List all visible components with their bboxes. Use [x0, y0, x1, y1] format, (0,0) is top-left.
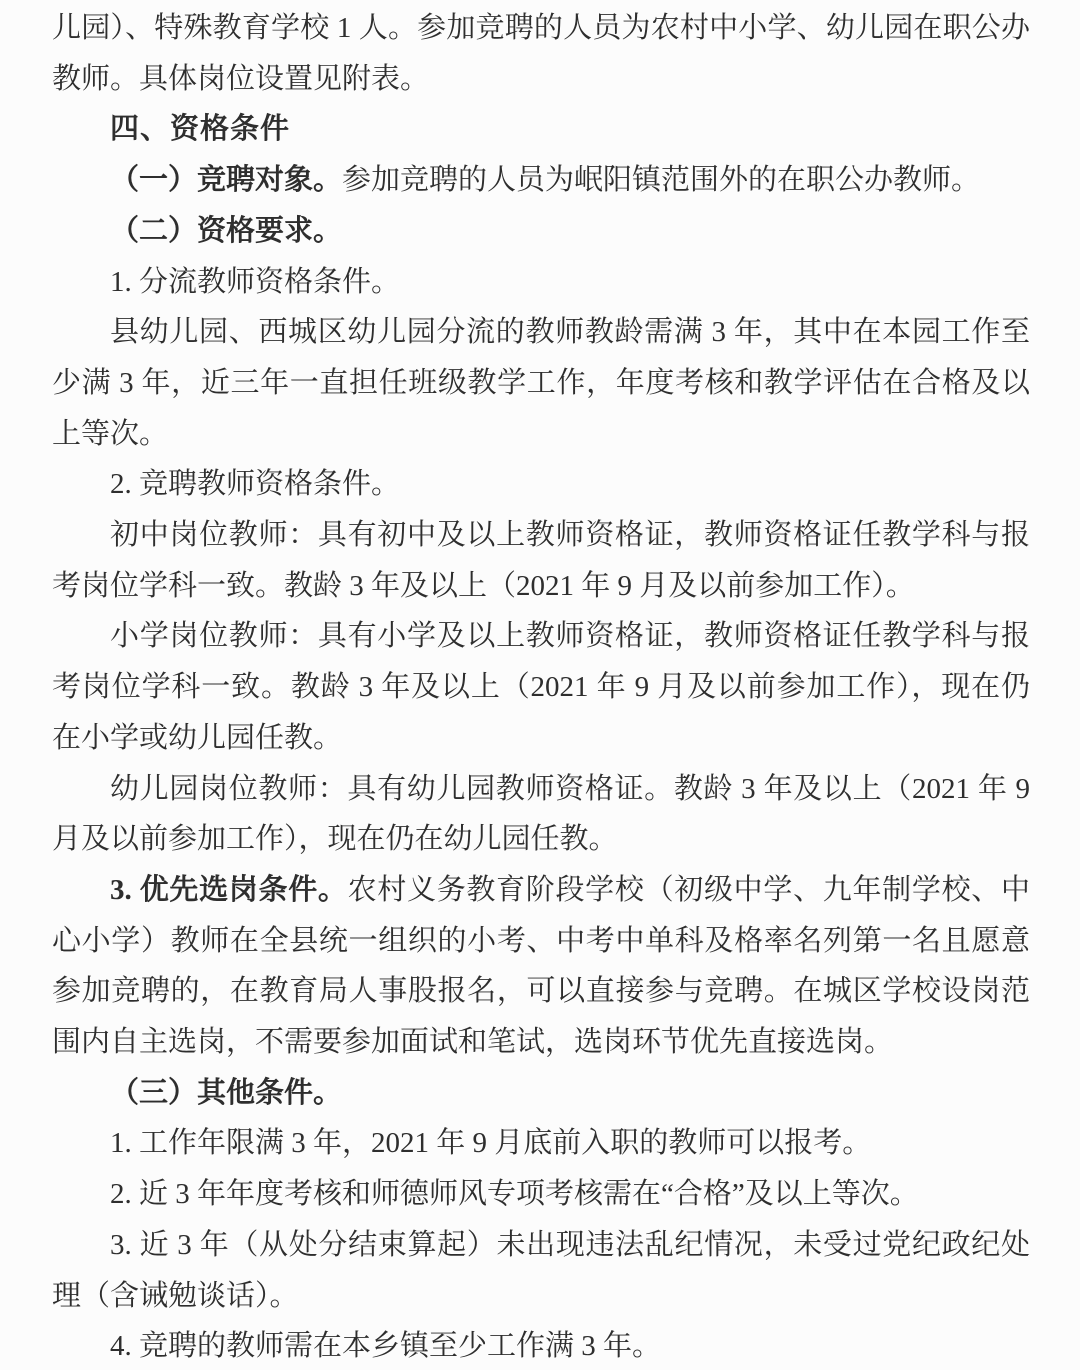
paragraph-text: 县幼儿园、西城区幼儿园分流的教师教龄需满 3 年，其中在本园工作至少满 3 年，…: [52, 316, 1030, 449]
paragraph-sub-2: 2. 竞聘教师资格条件。: [52, 459, 1030, 510]
paragraph-item-1: （一）竞聘对象。参加竞聘的人员为岷阳镇范围外的在职公办教师。: [52, 155, 1030, 206]
paragraph-text: 初中岗位教师：具有初中及以上教师资格证，教师资格证任教学科与报考岗位学科一致。教…: [52, 519, 1030, 602]
paragraph-text: 4. 竞聘的教师需在本乡镇至少工作满 3 年。: [110, 1330, 661, 1362]
section-heading-text: 四、资格条件: [110, 113, 290, 145]
paragraph-text: 参加竞聘的人员为岷阳镇范围外的在职公办教师。: [342, 164, 980, 196]
document-page: 儿园）、特殊教育学校 1 人。参加竞聘的人员为农村中小学、幼儿园在职公办教师。具…: [0, 0, 1080, 1370]
paragraph-other-3: 3. 近 3 年（从处分结束算起）未出现违法乱纪情况，未受过党纪政纪处理（含诫勉…: [52, 1220, 1030, 1321]
paragraph-lead: 3. 优先选岗条件。: [110, 874, 348, 906]
paragraph-text: 小学岗位教师：具有小学及以上教师资格证，教师资格证任教学科与报考岗位学科一致。教…: [52, 620, 1030, 753]
paragraph-sub-3: 3. 优先选岗条件。农村义务教育阶段学校（初级中学、九年制学校、中心小学）教师在…: [52, 865, 1030, 1068]
paragraph-lead: （三）其他条件。: [110, 1077, 342, 1109]
paragraph-sub-1: 1. 分流教师资格条件。: [52, 257, 1030, 308]
paragraph-text: 1. 分流教师资格条件。: [110, 266, 400, 298]
paragraph-text: 2. 近 3 年年度考核和师德师风专项考核需在“合格”及以上等次。: [110, 1178, 919, 1210]
paragraph-item-3: （三）其他条件。: [52, 1068, 1030, 1119]
paragraph-text: 儿园）、特殊教育学校 1 人。参加竞聘的人员为农村中小学、幼儿园在职公办教师。具…: [52, 12, 1030, 95]
paragraph-text: 3. 近 3 年（从处分结束算起）未出现违法乱纪情况，未受过党纪政纪处理（含诫勉…: [52, 1229, 1030, 1312]
paragraph-junior-high-post: 初中岗位教师：具有初中及以上教师资格证，教师资格证任教学科与报考岗位学科一致。教…: [52, 510, 1030, 611]
paragraph-other-4: 4. 竞聘的教师需在本乡镇至少工作满 3 年。: [52, 1321, 1030, 1370]
section-heading: 四、资格条件: [52, 104, 1030, 155]
paragraph-other-2: 2. 近 3 年年度考核和师德师风专项考核需在“合格”及以上等次。: [52, 1169, 1030, 1220]
paragraph-lead: （一）竞聘对象。: [110, 164, 342, 196]
paragraph-text: 2. 竞聘教师资格条件。: [110, 468, 400, 500]
paragraph-other-1: 1. 工作年限满 3 年，2021 年 9 月底前入职的教师可以报考。: [52, 1118, 1030, 1169]
paragraph-text: 幼儿园岗位教师：具有幼儿园教师资格证。教龄 3 年及以上（2021 年 9 月及…: [52, 773, 1030, 856]
paragraph-text: 1. 工作年限满 3 年，2021 年 9 月底前入职的教师可以报考。: [110, 1127, 871, 1159]
paragraph-sub-1-detail: 县幼儿园、西城区幼儿园分流的教师教龄需满 3 年，其中在本园工作至少满 3 年，…: [52, 307, 1030, 459]
paragraph-item-2: （二）资格要求。: [52, 206, 1030, 257]
paragraph-intro-continuation: 儿园）、特殊教育学校 1 人。参加竞聘的人员为农村中小学、幼儿园在职公办教师。具…: [52, 3, 1030, 104]
paragraph-kindergarten-post: 幼儿园岗位教师：具有幼儿园教师资格证。教龄 3 年及以上（2021 年 9 月及…: [52, 764, 1030, 865]
paragraph-lead: （二）资格要求。: [110, 215, 342, 247]
paragraph-primary-post: 小学岗位教师：具有小学及以上教师资格证，教师资格证任教学科与报考岗位学科一致。教…: [52, 611, 1030, 763]
